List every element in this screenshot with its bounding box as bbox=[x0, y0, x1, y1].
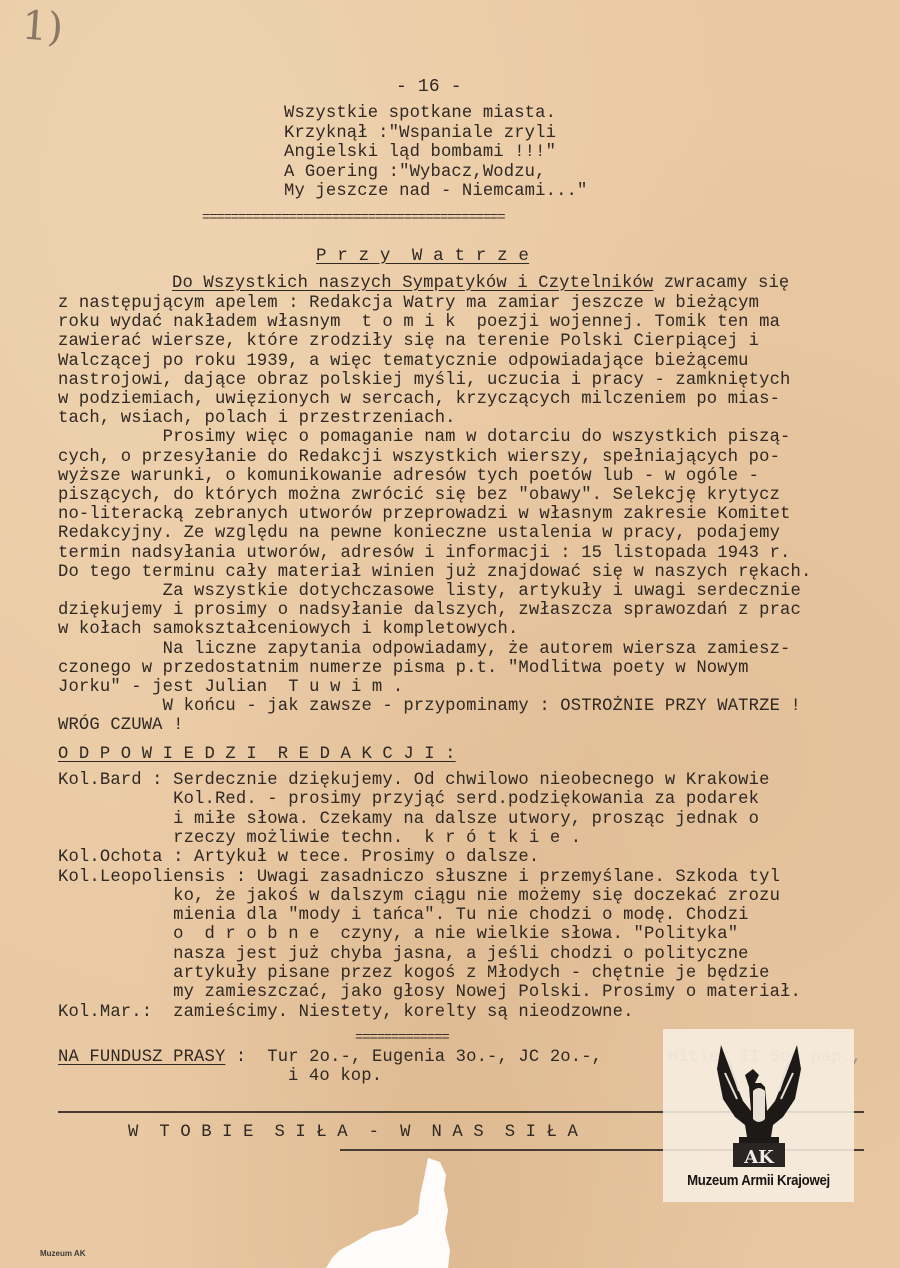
museum-caption: Muzeum Armii Krajowej bbox=[674, 1172, 842, 1189]
text-line: cych, o przesyłanie do Redakcji wszystki… bbox=[58, 448, 780, 467]
text-line: ko, że jakoś w dalszym ciągu nie możemy … bbox=[58, 887, 780, 906]
text-line: piszących, do których można zwrócić się … bbox=[58, 486, 780, 505]
text-line: My jeszcze nad - Niemcami..." bbox=[284, 182, 587, 201]
text-line: W końcu - jak zawsze - przypominamy : OS… bbox=[58, 697, 801, 716]
text-line: Kol.Mar.: zamieścimy. Niestety, korelty … bbox=[58, 1003, 634, 1022]
text-line: Kol.Ochota : Artykuł w tece. Prosimy o d… bbox=[58, 848, 539, 867]
text-line: no-literacką zebranych utworów przeprowa… bbox=[58, 505, 791, 524]
text-line: Angielski ląd bombami !!!" bbox=[284, 143, 556, 162]
text-line: wyższe warunki, o komunikowanie adresów … bbox=[58, 467, 759, 486]
text-line: Wszystkie spotkane miasta. bbox=[284, 104, 556, 123]
svg-text:AK: AK bbox=[743, 1147, 775, 1168]
motto: W T O B I E S I Ł A - W N A S S I Ł A bbox=[128, 1123, 578, 1142]
museum-watermark: AK Muzeum Armii Krajowej bbox=[663, 1029, 854, 1202]
text-line: artykuły pisane przez kogoś z Młodych - … bbox=[58, 964, 770, 983]
text-line: WRÓG CZUWA ! bbox=[58, 716, 184, 735]
text-line: mienia dla "mody i tańca". Tu nie chodzi… bbox=[58, 906, 749, 925]
text-line: w podziemiach, uwięzionych w sercach, kr… bbox=[58, 390, 780, 409]
text-line: czonego w przedostatnim numerze pisma p.… bbox=[58, 659, 749, 678]
archive-stamp: Muzeum AK bbox=[40, 1249, 85, 1258]
text-line: zawierać wiersze, które zrodziły się na … bbox=[58, 332, 759, 351]
text-line: nasza jest już chyba jasna, a jeśli chod… bbox=[58, 945, 749, 964]
text-line: rzeczy możliwie techn. k r ó t k i e . bbox=[58, 829, 581, 848]
text-line: tach, wsiach, polach i przestrzeniach. bbox=[58, 409, 456, 428]
text-line: z następującym apelem : Redakcja Watry m… bbox=[58, 294, 759, 313]
text-line: roku wydać nakładem własnym t o m i k po… bbox=[58, 313, 780, 332]
text-line: Do tego terminu cały materiał winien już… bbox=[58, 563, 811, 582]
appeal-lead-rest: zwracamy się bbox=[653, 274, 789, 293]
fund-donations: Tur 2o.-, Eugenia 3o.-, JC 2o.-, bbox=[267, 1048, 612, 1067]
text-line: Kol.Red. - prosimy przyjąć serd.podzięko… bbox=[58, 790, 759, 809]
text-line: Kol.Bard : Serdecznie dziękujemy. Od chw… bbox=[58, 771, 770, 790]
fund-line-2: i 4o kop. bbox=[288, 1067, 382, 1086]
text-line: o d r o b n e czyny, a nie wielkie słowa… bbox=[58, 925, 738, 944]
text-line: w kołach samokształceniowych i kompletow… bbox=[58, 620, 518, 639]
text-line: Na liczne zapytania odpowiadamy, że auto… bbox=[58, 640, 791, 659]
fund-line: NA FUNDUSZ PRASY : Tur 2o.-, Eugenia 3o.… bbox=[58, 1048, 613, 1067]
fund-label: NA FUNDUSZ PRASY bbox=[58, 1048, 225, 1067]
text-line: Walczącej po roku 1939, a więc tematyczn… bbox=[58, 352, 749, 371]
replies-heading: O D P O W I E D Z I R E D A K C J I : bbox=[58, 745, 456, 764]
text-line: A Goering :"Wybacz,Wodzu, bbox=[284, 163, 546, 182]
handwritten-page-mark: 1) bbox=[20, 3, 64, 52]
page-number: - 16 - bbox=[396, 78, 462, 97]
text-line: Za wszystkie dotychczasowe listy, artyku… bbox=[58, 582, 801, 601]
fund-colon: : bbox=[225, 1048, 267, 1067]
separator-long: ========================================… bbox=[202, 210, 600, 226]
text-line: Kol.Leopoliensis : Uwagi zasadniczo słus… bbox=[58, 868, 780, 887]
eagle-anchor-emblem-icon: AK bbox=[699, 1039, 819, 1169]
text-line: my zamieszczać, jako głosy Nowej Polski.… bbox=[58, 983, 801, 1002]
text-line: i miłe słowa. Czekamy na dalsze utwory, … bbox=[58, 810, 759, 829]
text-line: Redakcyjny. Ze względu na pewne konieczn… bbox=[58, 524, 780, 543]
text-line: dziękujemy i prosimy o nadsyłanie dalszy… bbox=[58, 601, 801, 620]
text-line: Prosimy więc o pomaganie nam w dotarciu … bbox=[58, 428, 791, 447]
appeal-addressees: Do Wszystkich naszych Sympatyków i Czyte… bbox=[172, 274, 653, 293]
appeal-first-line: Do Wszystkich naszych Sympatyków i Czyte… bbox=[172, 274, 789, 293]
text-line: Jorku" - jest Julian T u w i m . bbox=[58, 678, 403, 697]
separator-short: ============= bbox=[355, 1030, 473, 1046]
text-line: nastrojowi, dające obraz polskiej myśli,… bbox=[58, 371, 791, 390]
text-line: Krzyknął :"Wspaniale zryli bbox=[284, 124, 556, 143]
text-line: termin nadsyłania utworów, adresów i inf… bbox=[58, 544, 791, 563]
section-title: P r z y W a t r z e bbox=[316, 247, 529, 266]
